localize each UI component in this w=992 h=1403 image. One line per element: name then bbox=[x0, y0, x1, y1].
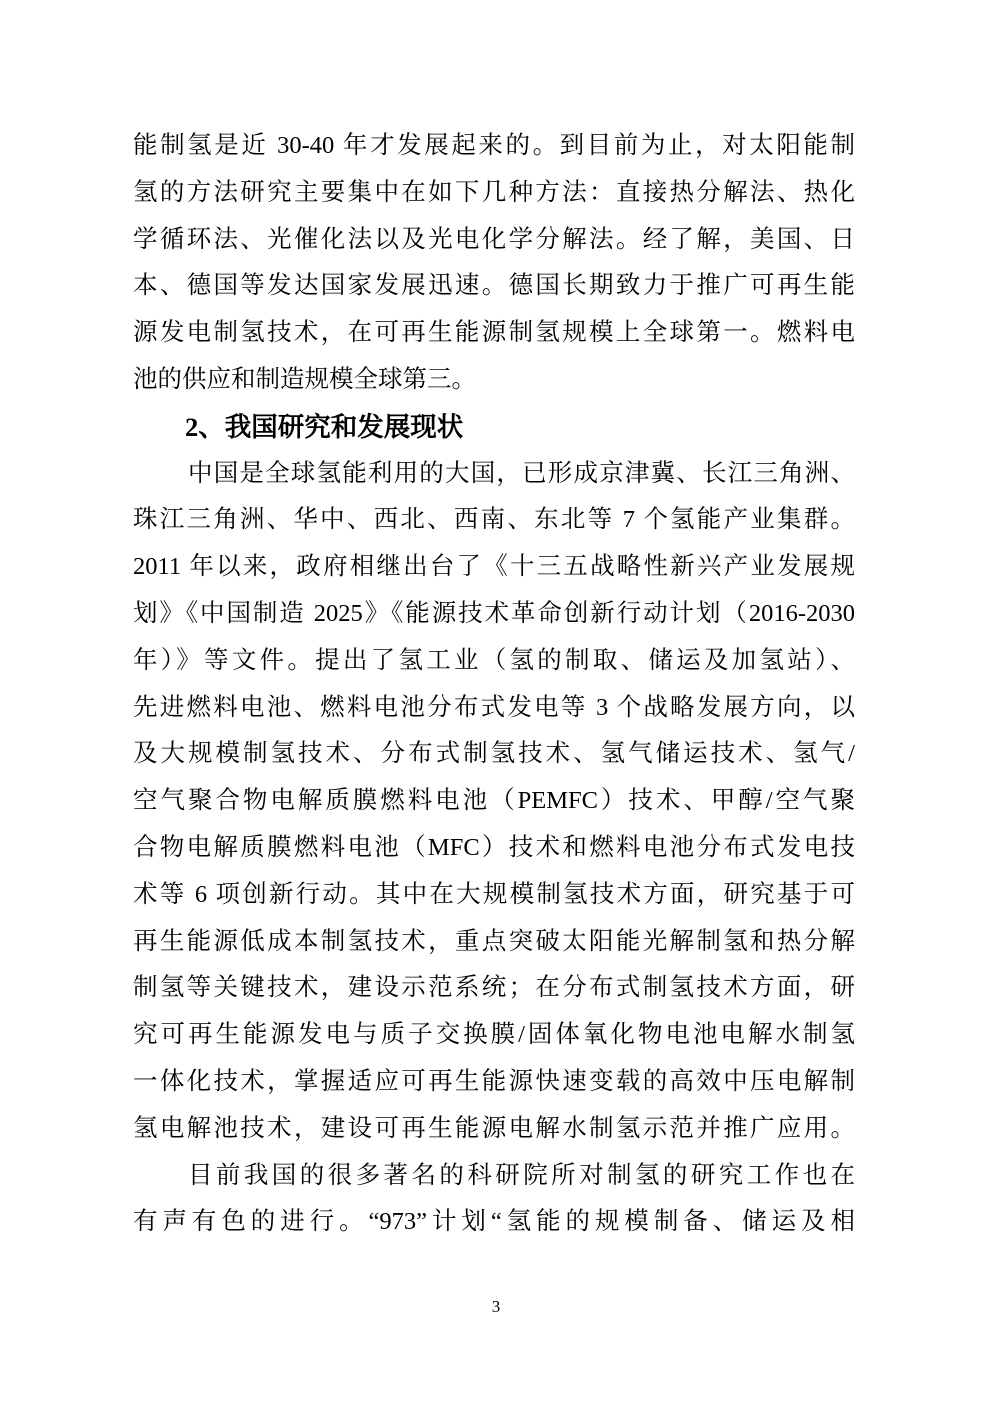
text-line: 制氢等关键技术，建设示范系统；在分布式制氢技术方面，研 bbox=[133, 965, 855, 1012]
page-number: 3 bbox=[0, 1296, 992, 1318]
text-line: 氢的方法研究主要集中在如下几种方法：直接热分解法、热化 bbox=[133, 170, 855, 217]
text-line: 目前我国的很多著名的科研院所对制氢的研究工作也在 bbox=[133, 1153, 855, 1200]
document-page: 能制氢是近 30-40 年才发展起来的。到目前为止，对太阳能制 氢的方法研究主要… bbox=[0, 0, 992, 1403]
text-line: 先进燃料电池、燃料电池分布式发电等 3 个战略发展方向，以 bbox=[133, 685, 855, 732]
text-line: 学循环法、光催化法以及光电化学分解法。经了解，美国、日 bbox=[133, 217, 855, 264]
text-line: 池的供应和制造规模全球第三。 bbox=[133, 357, 855, 404]
text-line: 中国是全球氢能利用的大国，已形成京津冀、长江三角洲、 bbox=[133, 451, 855, 498]
text-line: 氢电解池技术，建设可再生能源电解水制氢示范并推广应用。 bbox=[133, 1106, 855, 1153]
text-line: 划》《中国制造 2025》《能源技术革命创新行动计划（2016-2030 bbox=[133, 591, 855, 638]
text-line: 能制氢是近 30-40 年才发展起来的。到目前为止，对太阳能制 bbox=[133, 123, 855, 170]
text-line: 再生能源低成本制氢技术，重点突破太阳能光解制氢和热分解 bbox=[133, 919, 855, 966]
text-line: 空气聚合物电解质膜燃料电池（PEMFC）技术、甲醇/空气聚 bbox=[133, 778, 855, 825]
text-line: 珠江三角洲、华中、西北、西南、东北等 7 个氢能产业集群。 bbox=[133, 497, 855, 544]
section-heading: 2、我国研究和发展现状 bbox=[133, 404, 855, 451]
text-line: 及大规模制氢技术、分布式制氢技术、氢气储运技术、氢气/ bbox=[133, 731, 855, 778]
text-line: 一体化技术，掌握适应可再生能源快速变载的高效中压电解制 bbox=[133, 1059, 855, 1106]
text-line: 源发电制氢技术，在可再生能源制氢规模上全球第一。燃料电 bbox=[133, 310, 855, 357]
text-line: 合物电解质膜燃料电池（MFC）技术和燃料电池分布式发电技 bbox=[133, 825, 855, 872]
text-line: 本、德国等发达国家发展迅速。德国长期致力于推广可再生能 bbox=[133, 263, 855, 310]
document-body: 能制氢是近 30-40 年才发展起来的。到目前为止，对太阳能制 氢的方法研究主要… bbox=[133, 123, 855, 1246]
text-line: 术等 6 项创新行动。其中在大规模制氢技术方面，研究基于可 bbox=[133, 872, 855, 919]
text-line: 年）》等文件。提出了氢工业（氢的制取、储运及加氢站）、 bbox=[133, 638, 855, 685]
text-line: 究可再生能源发电与质子交换膜/固体氧化物电池电解水制氢 bbox=[133, 1012, 855, 1059]
text-line: 有声有色的进行。“973”计划“氢能的规模制备、储运及相 bbox=[133, 1199, 855, 1246]
text-line: 2011 年以来，政府相继出台了《十三五战略性新兴产业发展规 bbox=[133, 544, 855, 591]
